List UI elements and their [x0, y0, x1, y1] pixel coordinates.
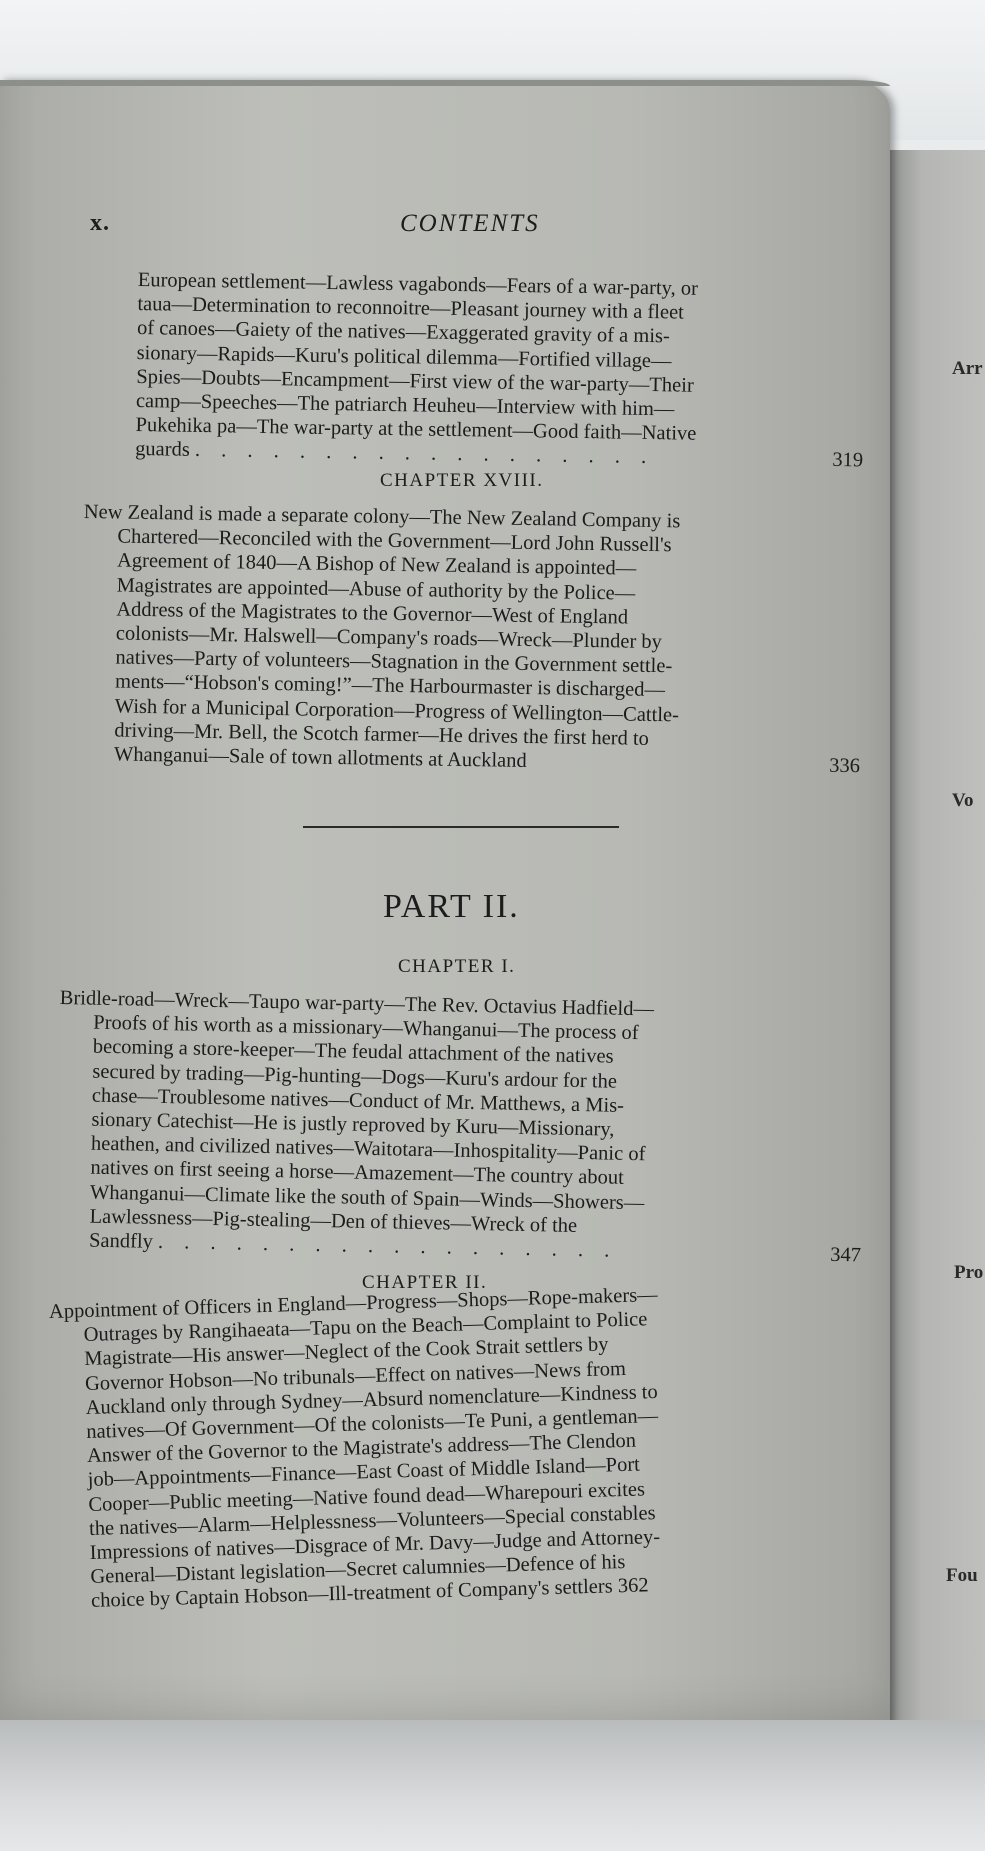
chapter-ii-entry: Appointment of Officers in England—Progr…: [48, 1254, 855, 1615]
facing-page-word: Vo: [952, 790, 973, 812]
page-reference: 362: [617, 1575, 648, 1598]
chapter-heading: CHAPTER I.: [398, 956, 515, 978]
continued-chapter-entry: European settlement—Lawless vagabonds—Fe…: [135, 268, 866, 473]
entry-line-text: guards: [135, 438, 190, 461]
section-divider: [303, 826, 619, 828]
page-reference: 319: [832, 448, 863, 473]
facing-page: Arr Vo Pro Fou: [880, 150, 985, 1740]
facing-page-word: Arr: [952, 358, 983, 380]
part-heading: PART II.: [383, 888, 520, 926]
facing-page-word: Pro: [954, 1262, 983, 1284]
page-number: x.: [90, 210, 110, 237]
entry-line-text: Sandfly: [89, 1230, 153, 1253]
page-top-edge: [0, 80, 890, 86]
page-header: x. CONTENTS: [90, 210, 790, 240]
page-reference: 336: [829, 754, 860, 779]
running-head: CONTENTS: [400, 210, 540, 238]
chapter-xviii-entry: New Zealand is made a separate colony—Th…: [80, 500, 864, 778]
chapter-heading: CHAPTER XVIII.: [380, 470, 544, 492]
facing-page-word: Fou: [946, 1565, 978, 1587]
background-bottom: [0, 1720, 985, 1851]
chapter-i-entry: Bridle-road—Wreck—Taupo war-party—The Re…: [55, 986, 866, 1268]
